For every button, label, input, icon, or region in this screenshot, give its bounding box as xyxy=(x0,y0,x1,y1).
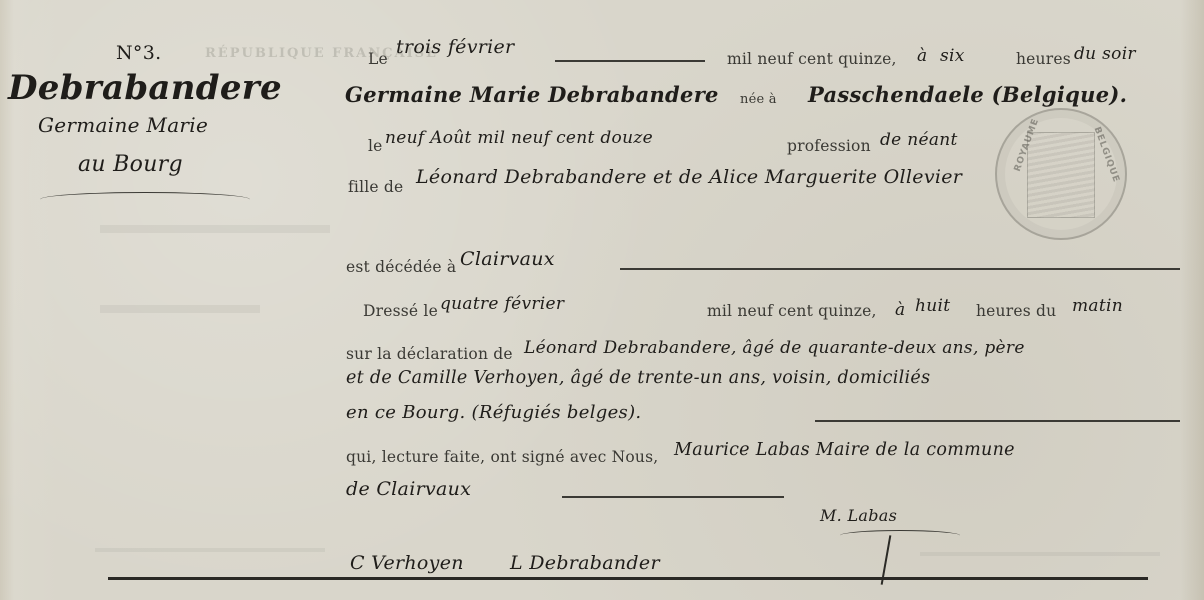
record-hour-field: huit xyxy=(915,296,950,316)
printed-profession: profession xyxy=(787,137,871,155)
fill-line xyxy=(555,60,705,62)
fill-line xyxy=(562,496,784,498)
printed-a: à xyxy=(917,46,927,66)
declarant-field: Léonard Debrabandere, âgé de quarante-de… xyxy=(524,338,1025,358)
printed-year: mil neuf cent quinze, xyxy=(727,50,897,68)
witness-signature: C Verhoyen xyxy=(350,552,464,574)
parents-field: Léonard Debrabandere et de Alice Marguer… xyxy=(416,166,962,188)
margin-underline xyxy=(40,192,250,207)
act-number: N°3. xyxy=(116,42,161,64)
mayor-signature: M. Labas xyxy=(820,506,897,525)
printed-heures: heures xyxy=(1016,50,1071,68)
record-date-field: quatre février xyxy=(440,294,564,314)
seal-figure xyxy=(1027,132,1095,218)
fill-line xyxy=(815,420,1180,422)
margin-surname: Debrabandere xyxy=(8,68,282,108)
fill-line xyxy=(620,268,1180,270)
ghost-line xyxy=(920,552,1160,556)
death-period-field: du soir xyxy=(1074,44,1136,64)
printed-dresse-le: Dressé le xyxy=(363,302,438,320)
residence-field: en ce Bourg. (Réfugiés belges). xyxy=(346,402,641,423)
death-place-field: Clairvaux xyxy=(460,248,555,270)
commune-field: de Clairvaux xyxy=(346,478,471,500)
printed-a-2: à xyxy=(895,300,905,320)
printed-le-birth: le xyxy=(368,137,383,155)
mayor-field: Maurice Labas Maire de la commune xyxy=(674,440,1015,460)
printed-nee: née à xyxy=(740,92,777,107)
profession-field: de néant xyxy=(880,130,958,150)
ghost-line xyxy=(100,225,330,233)
margin-note: au Bourg xyxy=(78,152,183,177)
printed-heures-du: heures du xyxy=(976,302,1056,320)
seal-text-right: BELGIQUE xyxy=(1092,126,1121,184)
witness-field: et de Camille Verhoyen, âgé de trente-un… xyxy=(346,368,930,388)
printed-deceased-at: est décédée à xyxy=(346,258,456,276)
death-hour-field: six xyxy=(940,46,965,66)
record-period-field: matin xyxy=(1072,296,1123,316)
official-seal-stamp: ROYAUME BELGIQUE xyxy=(995,108,1127,240)
birthdate-field: neuf Août mil neuf cent douze xyxy=(385,128,653,148)
record-separator-rule xyxy=(108,577,1148,580)
printed-year-2: mil neuf cent quinze, xyxy=(707,302,877,320)
birthplace-field: Passchendaele (Belgique). xyxy=(808,82,1127,107)
deceased-name-field: Germaine Marie Debrabandere xyxy=(345,82,719,107)
declarant-signature: L Debrabander xyxy=(510,552,660,574)
ghost-line xyxy=(95,548,325,552)
signature-flourish xyxy=(840,530,960,541)
printed-declaration: sur la déclaration de xyxy=(346,345,513,363)
printed-le: Le xyxy=(368,50,388,68)
ghost-line xyxy=(100,305,260,313)
printed-fille-de: fille de xyxy=(348,178,403,196)
death-date-field: trois février xyxy=(396,36,514,58)
printed-signature-clause: qui, lecture faite, ont signé avec Nous, xyxy=(346,448,658,466)
margin-given-names: Germaine Marie xyxy=(38,113,208,137)
